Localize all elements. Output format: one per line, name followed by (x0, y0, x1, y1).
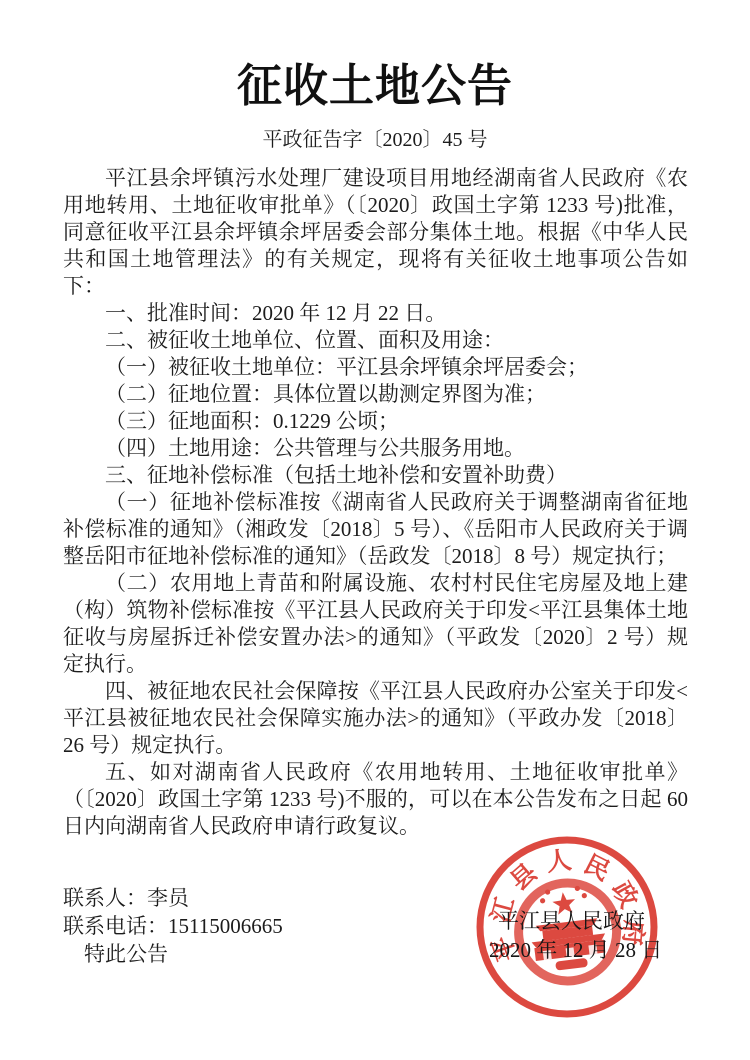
document-number: 平政征告字〔2020〕45 号 (0, 128, 750, 152)
paragraph-land-unit: （一）被征收土地单位：平江县余坪镇余坪居委会； (63, 354, 688, 381)
paragraph-section-3: 三、征地补偿标准（包括土地补偿和安置补助费） (63, 462, 688, 489)
seal-arc-char: 民 (579, 850, 614, 886)
signature-date: 2020 年 12 月 28 日 (489, 938, 662, 962)
paragraph-approval-time: 一、批准时间：2020 年 12 月 22 日。 (63, 300, 688, 327)
signature-issuer: 平江县人民政府 (498, 909, 645, 933)
paragraph-social-security: 四、被征地农民社会保障按《平江县人民政府办公室关于印发<平江县被征地农民社会保障… (63, 678, 688, 759)
page-title: 征收土地公告 (0, 0, 750, 112)
paragraph-section-2: 二、被征收土地单位、位置、面积及用途： (63, 327, 688, 354)
paragraph-intro: 平江县余坪镇污水处理厂建设项目用地经湖南省人民政府《农用地转用、土地征收审批单》… (63, 165, 688, 300)
paragraph-land-use: （四）土地用途：公共管理与公共服务用地。 (63, 435, 688, 462)
paragraph-land-location: （二）征地位置：具体位置以勘测定界图为准； (63, 381, 688, 408)
seal-arc-char: 人 (545, 846, 573, 877)
document-body: 平江县余坪镇污水处理厂建设项目用地经湖南省人民政府《农用地转用、土地征收审批单》… (63, 165, 688, 840)
paragraph-compensation-standard: （一）征地补偿标准按《湖南省人民政府关于调整湖南省征地补偿标准的通知》（湘政发〔… (63, 489, 688, 570)
announcement-page: 征收土地公告 平政征告字〔2020〕45 号 平江县余坪镇污水处理厂建设项目用地… (0, 0, 750, 1060)
paragraph-attachments-compensation: （二）农用地上青苗和附属设施、农村村民住宅房屋及地上建（构）筑物补偿标准按《平江… (63, 570, 688, 678)
paragraph-land-area: （三）征地面积：0.1229 公顷； (63, 408, 688, 435)
paragraph-appeal-rights: 五、如对湖南省人民政府《农用地转用、土地征收审批单》（〔2020〕政国土字第 1… (63, 759, 688, 840)
